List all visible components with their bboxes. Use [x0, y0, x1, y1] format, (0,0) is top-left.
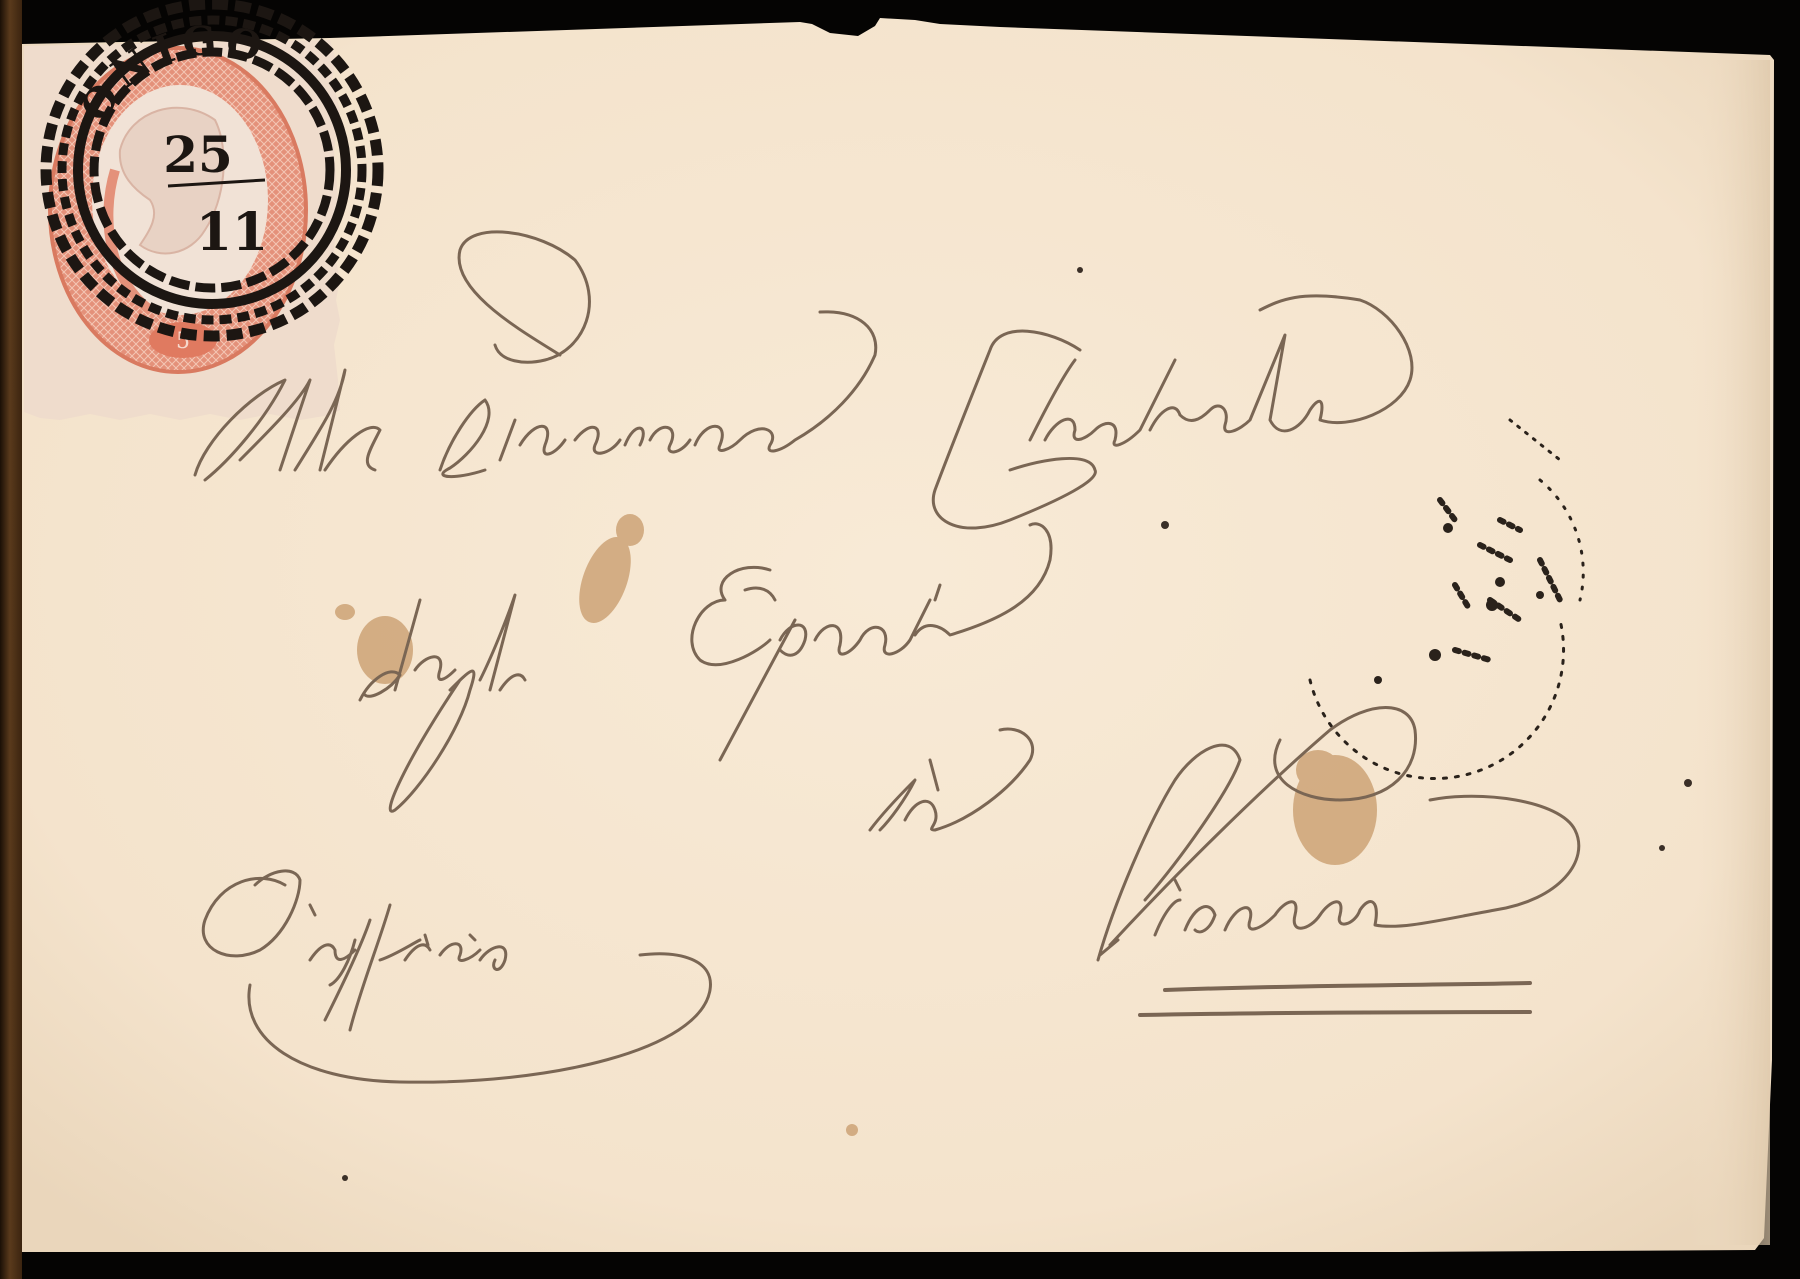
- paper-fold-shadow: [1690, 60, 1770, 1245]
- envelope-scene: 5 ONIGO 25 11: [0, 0, 1800, 1279]
- postmark-month: 11: [196, 202, 268, 263]
- postmark-day: 25: [163, 125, 233, 184]
- postage-stamp: 5: [24, 40, 340, 420]
